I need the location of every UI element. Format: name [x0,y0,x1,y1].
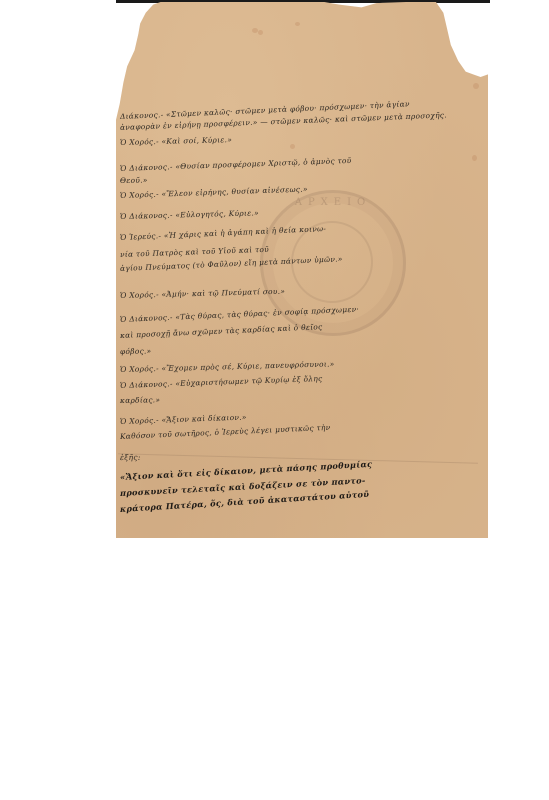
manuscript-line: καρδίας.» [120,395,160,405]
paper-stain [258,30,263,35]
paper-stain [473,83,479,89]
manuscript-line: Θεοῦ.» [120,176,148,185]
paper-stain [290,144,295,149]
stamp-text: ΑΡΧΕΙΟ [263,197,403,208]
paper-stain [472,155,477,161]
manuscript-line: φόβος.» [120,346,152,356]
paper-stain [295,22,300,26]
manuscript-line: ἑξῆς: [120,453,141,462]
